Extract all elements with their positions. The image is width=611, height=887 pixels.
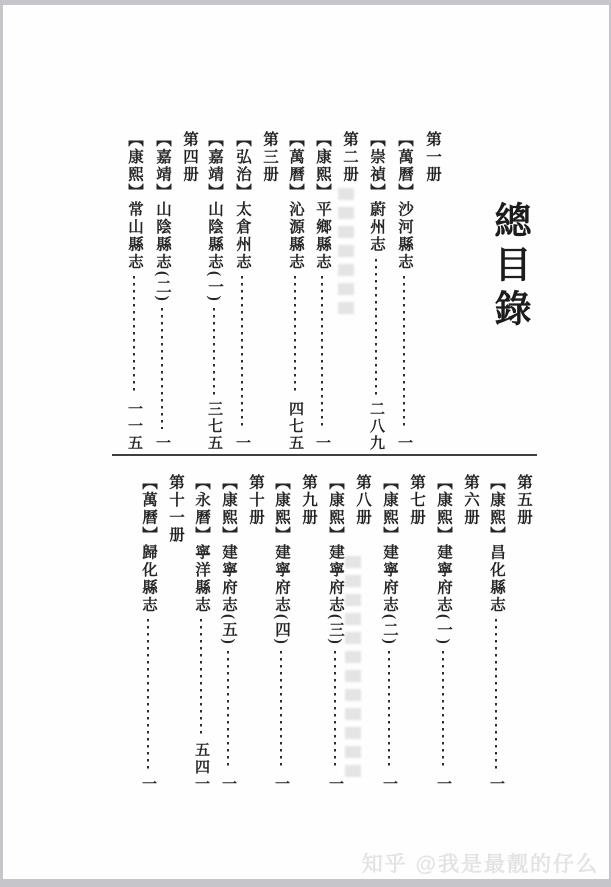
dot-leader [280,651,283,770]
dot-leader [375,259,378,396]
toc-entry: 【康熙】昌化縣志 一 [482,474,510,794]
entry-title: 【嘉靖】山陰縣志(一) [200,131,228,303]
entry-page-number: 一一五 [120,401,148,452]
entry-title: 【萬曆】歸化縣志 [134,474,162,614]
dot-leader [321,276,324,429]
entry-title: 【崇禎】蔚州志 [362,131,390,254]
entry-page-number: 三七五 [200,401,228,452]
dot-leader [442,651,445,770]
volume-header: 第五册 [509,474,537,794]
toc-entry: 【永曆】寧洋縣志 五四一 [187,474,215,794]
entry-title: 【康熙】建寧府志(二) [375,474,403,646]
entry-title: 【康熙】常山縣志 [120,131,148,271]
volume-header: 第四册 [175,131,203,453]
volume-header-label: 第九册 [294,474,322,527]
entry-title: 【弘治】太倉州志 [228,131,256,271]
toc-entry: 【康熙】平鄉縣志 一 [308,131,336,453]
entry-page-number: 一 [482,776,510,793]
toc-entry: 【萬曆】歸化縣志 一 [134,474,162,794]
entry-title: 【萬曆】沁源縣志 [281,131,309,271]
entry-page-number: 一 [214,776,242,793]
toc-entry: 【康熙】建寧府志(四) 一 [267,474,295,794]
entry-page-number: 一 [228,435,256,452]
section-divider-line [112,454,537,456]
volume-header-label: 第十册 [241,474,269,527]
entry-page-number: 五四一 [187,742,215,793]
volume-header-label: 第十一册 [161,474,189,544]
volume-header: 第十一册 [161,474,189,794]
dot-leader [241,276,244,429]
dot-leader [334,651,337,770]
entry-title: 【康熙】建寧府志(四) [267,474,295,646]
dot-leader [133,276,136,395]
entry-page-number: 一 [321,776,349,793]
dot-leader [227,651,230,770]
entry-page-number: 一 [148,435,176,452]
entry-page-number: 一 [429,776,457,793]
entry-title: 【康熙】平鄉縣志 [308,131,336,271]
entry-title: 【萬曆】沙河縣志 [390,131,418,271]
toc-entry: 【康熙】常山縣志 一一五 [120,131,148,453]
toc-entry: 【萬曆】沁源縣志 四七五 [281,131,309,453]
entry-page-number: 一 [134,776,162,793]
dot-leader [147,619,150,770]
entry-page-number: 一 [308,435,336,452]
volume-header-label: 第一册 [418,131,446,184]
volume-header: 第一册 [418,131,446,453]
entry-title: 【康熙】建寧府志(一) [429,474,457,646]
dot-leader [294,276,297,395]
page-title: 總目錄 [486,201,530,333]
volume-header-label: 第八册 [348,474,376,527]
entry-title: 【康熙】昌化縣志 [482,474,510,614]
toc-entry: 【崇禎】蔚州志 二八九 [362,131,390,453]
volume-header: 第十册 [241,474,269,794]
toc-entry: 【康熙】建寧府志(二) 一 [375,474,403,794]
entry-page-number: 四七五 [281,401,309,452]
toc-entry: 【弘治】太倉州志 一 [228,131,256,453]
toc-entry: 【嘉靖】山陰縣志(二) 一 [148,131,176,453]
toc-entry: 【萬曆】沙河縣志 一 [390,131,418,453]
dot-leader [388,651,391,770]
dot-leader [213,308,216,395]
entry-page-number: 一 [267,776,295,793]
bleedthrough-text [338,188,354,320]
entry-page-number: 一 [390,435,418,452]
volume-header-label: 第六册 [456,474,484,527]
volume-header: 第六册 [456,474,484,794]
zhihu-watermark: 知乎 @我是最靓的仔么 [362,848,599,878]
dot-leader [495,619,498,770]
volume-header-label: 第五册 [509,474,537,527]
toc-entry: 【康熙】建寧府志(一) 一 [429,474,457,794]
volume-header-label: 第三册 [255,131,283,184]
volume-header: 第七册 [402,474,430,794]
volume-header-label: 第四册 [175,131,203,184]
volume-header-label: 第二册 [335,131,363,184]
dot-leader [403,276,406,429]
dot-leader [161,308,164,429]
entry-title: 【康熙】建寧府志(五) [214,474,242,646]
bleedthrough-text [345,556,361,778]
volume-header: 第九册 [294,474,322,794]
entry-page-number: 二八九 [362,401,390,452]
entry-title: 【嘉靖】山陰縣志(二) [148,131,176,303]
volume-header: 第三册 [255,131,283,453]
toc-entry: 【康熙】建寧府志(五) 一 [214,474,242,794]
entry-title: 【永曆】寧洋縣志 [187,474,215,614]
dot-leader [200,619,203,736]
toc-entry: 【嘉靖】山陰縣志(一) 三七五 [200,131,228,453]
entry-page-number: 一 [375,776,403,793]
volume-header-label: 第七册 [402,474,430,527]
